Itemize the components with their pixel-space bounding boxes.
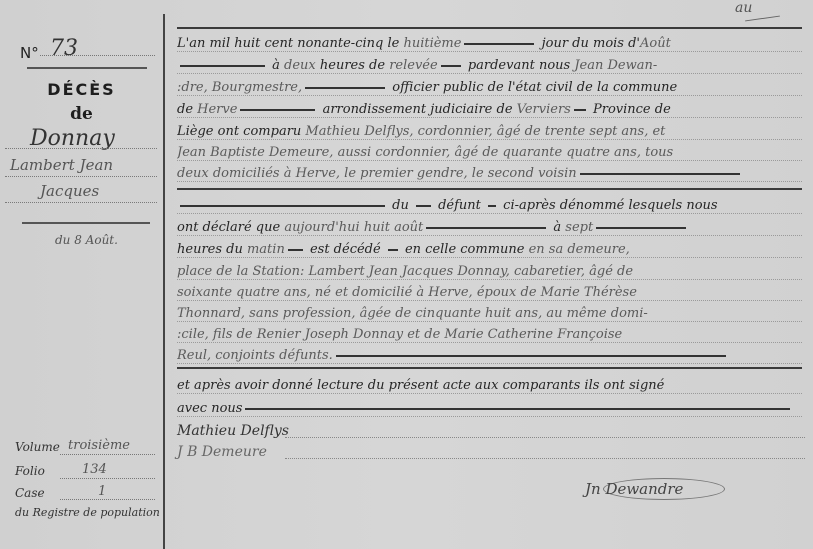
witness-signature-1: Mathieu Delflys <box>177 423 289 439</box>
record-type-de: de <box>0 104 163 124</box>
handwritten-text: sept <box>565 220 593 235</box>
handwritten-text: :cile, fils de Renier Joseph Donnay et d… <box>177 327 622 342</box>
dotted-rule <box>177 117 802 118</box>
body-line: :cile, fils de Renier Joseph Donnay et d… <box>177 325 802 347</box>
blank-fill-line <box>596 227 686 229</box>
dotted-rule <box>5 176 157 177</box>
printed-text: heures du <box>177 242 247 257</box>
dotted-rule <box>177 51 802 52</box>
dotted-rule <box>5 202 157 203</box>
dotted-rule <box>177 393 802 394</box>
dotted-rule <box>285 437 805 438</box>
dotted-rule <box>177 235 802 236</box>
folio-value: 134 <box>82 462 107 477</box>
printed-text: arrondissement judiciaire de <box>318 102 516 117</box>
record-number: N° 73 <box>20 38 155 64</box>
register-page: N° 73 DÉCÈS de Donnay Lambert Jean Jacqu… <box>0 0 813 549</box>
witness-signature-2: J B Demeure <box>177 444 267 460</box>
printed-text: ci-après dénommé lesquels nous <box>499 198 718 213</box>
printed-text: en celle commune <box>401 242 529 257</box>
rule <box>22 222 150 224</box>
record-number-value: 73 <box>50 36 78 61</box>
blank-fill-line <box>464 43 534 45</box>
blank-fill-line <box>416 205 431 207</box>
printed-text: défunt <box>434 198 485 213</box>
blank-fill-line <box>441 65 461 67</box>
body-line: :dre, Bourgmestre, officier public de l'… <box>177 78 802 100</box>
case-label: Case <box>15 486 45 500</box>
printed-text: à <box>268 58 284 73</box>
printed-text: de <box>177 102 197 117</box>
handwritten-text: aujourd'hui huit août <box>284 220 423 235</box>
body-line: avec nous <box>177 399 802 421</box>
blank-fill-line <box>180 65 265 67</box>
volume-row: Volume <box>15 440 60 454</box>
dotted-rule <box>60 499 155 500</box>
blank-fill-line <box>288 249 303 251</box>
handwritten-text: Herve <box>197 102 237 117</box>
dotted-rule <box>177 321 802 322</box>
register-footer: du Registre de population <box>15 506 160 519</box>
blank-fill-line <box>574 109 586 111</box>
body-line: soixante quatre ans, né et domicilié à H… <box>177 283 802 305</box>
dotted-rule <box>5 148 157 149</box>
blank-fill-line <box>240 109 315 111</box>
printed-text: est décédé <box>306 242 385 257</box>
handwritten-text: place de la Station: Lambert Jean Jacque… <box>177 264 633 279</box>
body-line: heures du matin est décédé en celle comm… <box>177 240 802 262</box>
handwritten-text: Thonnard, sans profession, âgée de cinqu… <box>177 306 648 321</box>
corner-annotation: au <box>735 0 752 16</box>
rule <box>177 27 802 29</box>
rule <box>177 367 802 369</box>
body-line: Thonnard, sans profession, âgée de cinqu… <box>177 304 802 326</box>
handwritten-text: deux domiciliés à Herve, le premier gend… <box>177 166 577 181</box>
handwritten-text: Mathieu Delflys, cordonnier, âgé de tren… <box>305 124 665 139</box>
case-value: 1 <box>98 484 106 499</box>
blank-fill-line <box>580 173 740 175</box>
officer-signature: Jn Dewandre <box>585 480 683 498</box>
deceased-given-names-2: Jacques <box>40 182 99 200</box>
dotted-rule <box>177 181 802 182</box>
blank-fill-line <box>245 408 790 410</box>
handwritten-text: :dre, Bourgmestre, <box>177 80 302 95</box>
body-line: Jean Baptiste Demeure, aussi cordonnier,… <box>177 143 802 165</box>
dotted-rule <box>177 95 802 96</box>
handwritten-text: huitième <box>403 36 461 51</box>
death-date-note: du 8 Août. <box>55 233 118 247</box>
printed-text: avec nous <box>177 401 242 416</box>
body-line: et après avoir donné lecture du présent … <box>177 376 802 398</box>
dotted-rule <box>177 160 802 161</box>
body-line: deux domiciliés à Herve, le premier gend… <box>177 164 802 186</box>
blank-fill-line <box>180 205 385 207</box>
printed-text: et après avoir donné lecture du présent … <box>177 378 664 393</box>
rule <box>27 67 147 69</box>
printed-text: pardevant nous <box>464 58 575 73</box>
body-line: Reul, conjoints défunts. <box>177 346 802 368</box>
printed-text: du <box>388 198 413 213</box>
handwritten-text: matin <box>247 242 285 257</box>
dotted-rule <box>40 55 155 56</box>
body-line: ont déclaré que aujourd'hui huit août à … <box>177 218 802 240</box>
printed-text: L'an mil huit cent nonante-cinq le <box>177 36 403 51</box>
dotted-rule <box>285 458 805 459</box>
blank-fill-line <box>388 249 398 251</box>
volume-label: Volume <box>15 440 60 454</box>
folio-label: Folio <box>15 464 45 478</box>
left-margin-column: N° 73 DÉCÈS de Donnay Lambert Jean Jacqu… <box>0 0 163 549</box>
printed-text: à <box>549 220 565 235</box>
printed-text: Province de <box>589 102 671 117</box>
deceased-given-names-1: Lambert Jean <box>10 156 113 174</box>
handwritten-text: Verviers <box>517 102 571 117</box>
printed-text: ont déclaré que <box>177 220 284 235</box>
dotted-rule <box>177 139 802 140</box>
dotted-rule <box>177 416 802 417</box>
record-number-label: N° <box>20 44 39 62</box>
body-line: Liège ont comparu Mathieu Delflys, cordo… <box>177 122 802 144</box>
dotted-rule <box>60 478 155 479</box>
record-type-title: DÉCÈS <box>0 80 163 99</box>
dotted-rule <box>177 213 802 214</box>
certificate-body: L'an mil huit cent nonante-cinq le huiti… <box>165 0 813 549</box>
body-line: de Herve arrondissement judiciaire de Ve… <box>177 100 802 122</box>
body-line: à deux heures de relevée pardevant nous … <box>177 56 802 78</box>
printed-text: officier public de l'état civil de la co… <box>388 80 677 95</box>
printed-text: heures de <box>316 58 389 73</box>
handwritten-text: Jean Dewan- <box>574 58 657 73</box>
body-line: du défunt ci-après dénommé lesquels nous <box>177 196 802 218</box>
blank-fill-line <box>336 355 726 357</box>
rule <box>177 188 802 190</box>
printed-text: jour du mois d' <box>537 36 640 51</box>
blank-fill-line <box>426 227 546 229</box>
dotted-rule <box>177 73 802 74</box>
body-line: place de la Station: Lambert Jean Jacque… <box>177 262 802 284</box>
volume-value: troisième <box>68 438 130 453</box>
handwritten-text: relevée <box>389 58 438 73</box>
dotted-rule <box>177 279 802 280</box>
blank-fill-line <box>488 205 496 207</box>
handwritten-text: en sa demeure, <box>529 242 630 257</box>
blank-fill-line <box>305 87 385 89</box>
handwritten-text: Août <box>640 36 671 51</box>
handwritten-text: Reul, conjoints défunts. <box>177 348 333 363</box>
printed-text: Liège ont comparu <box>177 124 305 139</box>
case-row: Case <box>15 486 45 500</box>
handwritten-text: soixante quatre ans, né et domicilié à H… <box>177 285 637 300</box>
folio-row: Folio <box>15 464 45 478</box>
body-line: L'an mil huit cent nonante-cinq le huiti… <box>177 34 802 56</box>
dotted-rule <box>177 257 802 258</box>
dotted-rule <box>177 342 802 343</box>
handwritten-text: deux <box>284 58 316 73</box>
dotted-rule <box>60 454 155 455</box>
handwritten-text: Jean Baptiste Demeure, aussi cordonnier,… <box>177 145 673 160</box>
dotted-rule <box>177 363 802 364</box>
dotted-rule <box>177 300 802 301</box>
